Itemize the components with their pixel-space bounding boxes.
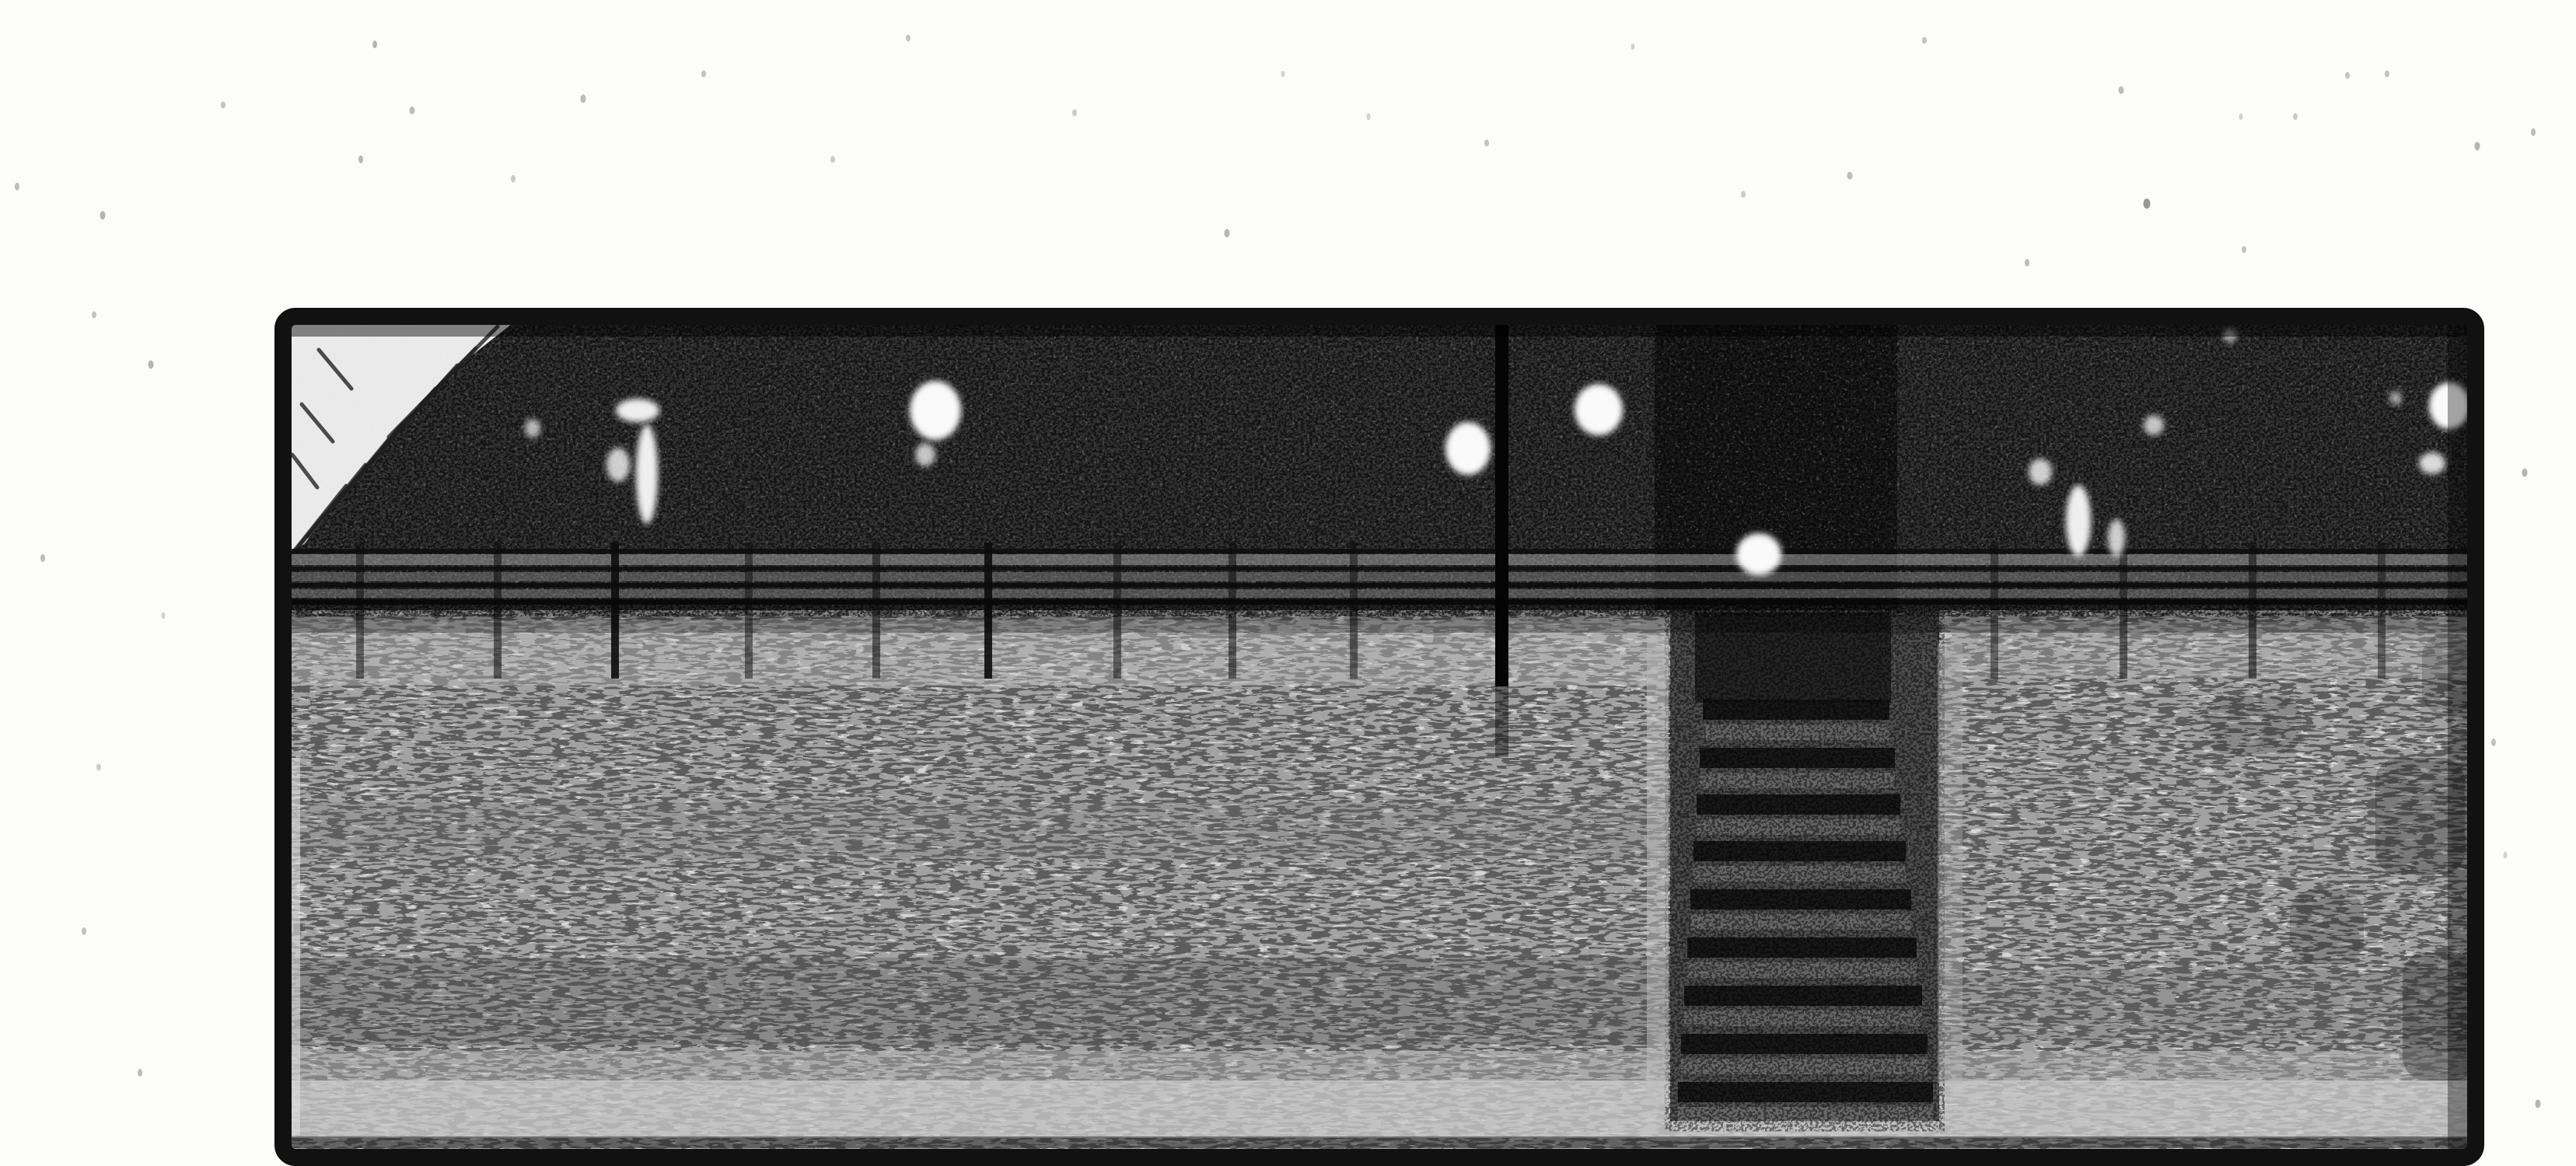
toner-speck [1367,113,1371,120]
toner-speck [1631,44,1635,50]
print-mottle [283,316,2476,1157]
toner-speck [2491,738,2496,746]
toner-speck [100,211,106,220]
toner-speck [1281,71,1285,77]
toner-speck [82,927,86,935]
scanned-page [0,0,2576,1166]
toner-speck [2531,128,2536,136]
toner-speck [2239,113,2243,120]
toner-speck [162,613,166,620]
toner-speck [2293,113,2298,120]
toner-speck [40,554,45,562]
toner-speck [221,102,225,109]
toner-speck [2345,72,2350,79]
toner-speck [830,156,835,163]
toner-speck [96,764,101,771]
toner-speck [410,106,415,114]
toner-speck [511,175,516,183]
toner-speck [2144,199,2151,209]
photo-content [283,316,2476,1157]
toner-speck [1072,110,1077,117]
toner-speck [1847,172,1853,180]
photo-scene [0,0,2576,1166]
vignette [283,599,2476,633]
toner-speck [2385,71,2389,78]
toner-speck [1741,191,1746,198]
toner-speck [701,71,706,78]
toner-speck [2025,259,2029,267]
toner-speck [2242,246,2246,253]
toner-speck [906,35,911,42]
toner-speck [1922,37,1927,44]
toner-speck [2504,852,2508,859]
toner-speck [2119,86,2124,94]
toner-speck [2475,142,2480,151]
toner-speck [149,361,154,369]
toner-speck [1484,140,1489,147]
toner-speck [138,1069,142,1077]
toner-speck [2536,1100,2541,1108]
toner-speck [92,312,96,319]
toner-speck [2522,469,2528,477]
toner-speck [581,95,586,103]
toner-speck [372,40,377,48]
toner-speck [358,155,363,163]
toner-speck [1225,229,1230,238]
toner-speck [15,183,19,190]
